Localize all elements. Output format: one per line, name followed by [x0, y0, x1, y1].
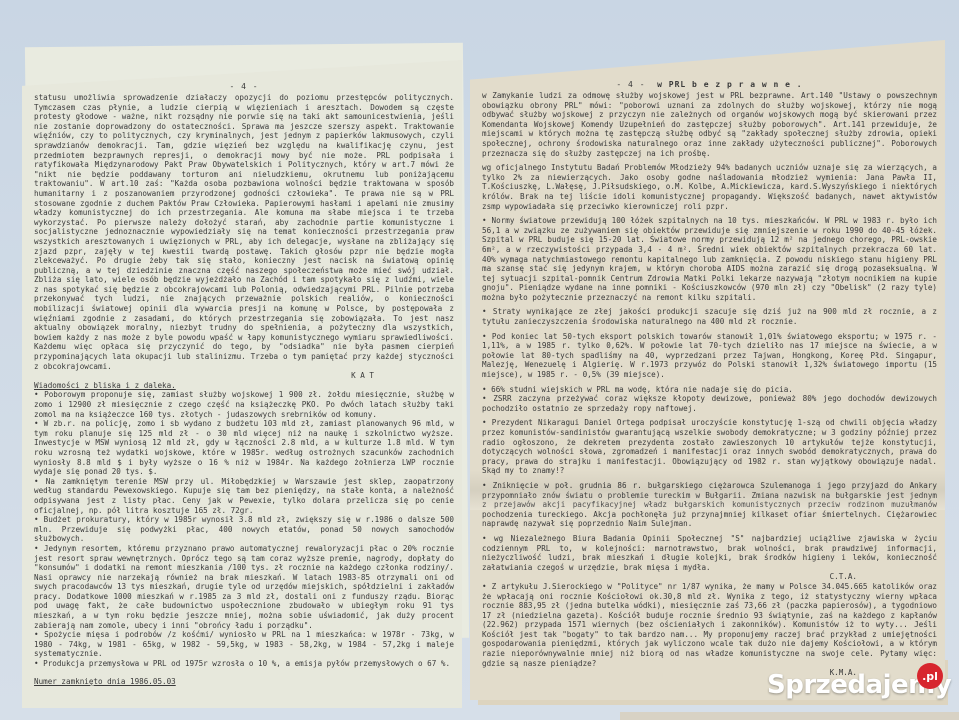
bottom-sheet-edge — [620, 712, 959, 720]
news-item: • Z artykułu J.Sierockiego w "Polityce" … — [482, 582, 937, 668]
paper-fold — [470, 470, 945, 510]
signature: K A T — [34, 371, 454, 381]
news-item: • 66% studni wiejskich w PRL ma wodę, kt… — [482, 385, 937, 395]
news-item: • Budżet prokuratury, który w 1985r wyno… — [34, 515, 454, 544]
news-item: • Jedynym resortem, któremu przyznano pr… — [34, 544, 454, 630]
news-item: • wg Niezależnego Biura Badania Opinii S… — [482, 534, 937, 572]
news-item: • Spożycie mięsa i podrobów /z kośćmi/ w… — [34, 630, 454, 659]
news-item: wg oficjalnego Instytutu Badań Problemów… — [482, 163, 937, 211]
news-item: • Pod koniec lat 50-tych eksport polskic… — [482, 332, 937, 380]
news-item: • Poborowym proponuje się, zamiast służb… — [34, 390, 454, 419]
news-item: • Prezydent Nikaragui Daniel Ortega podp… — [482, 418, 937, 476]
page-number: - 4 - — [34, 82, 454, 91]
news-item: • Straty wynikające ze złej jakości prod… — [482, 307, 937, 326]
page-number: - 4 - w PRL b e z p r a w n e . — [482, 80, 937, 89]
right-document-page: - 4 - w PRL b e z p r a w n e . w Zamyka… — [470, 40, 945, 700]
news-item: • Na zamkniętym terenie MSW przy ul. Mił… — [34, 477, 454, 515]
news-item: • Produkcja przemysłowa w PRL od 1975r w… — [34, 659, 454, 669]
watermark-badge: .pl — [917, 663, 943, 689]
headline-fragment: w PRL b e z p r a w n e . — [657, 80, 802, 89]
issue-closed-footer: Numer zamknięto dnia 1986.05.03 — [34, 677, 454, 686]
main-paragraph: statusu umożliwia sprowadzenie działaczy… — [34, 93, 454, 371]
news-item: w Zamykanie ludzi za odmowę służby wojsk… — [482, 91, 937, 158]
news-item: • W zb.r. na policję, zomo i sb wydano z… — [34, 419, 454, 477]
section-heading: Wiadomości z bliska i z daleka. — [34, 381, 454, 391]
news-item: • ZSRR zaczyna przeżywać coraz większe k… — [482, 394, 937, 413]
left-document-page: - 4 - statusu umożliwia sprowadzenie dzi… — [22, 60, 462, 708]
news-item: • Normy światowe przewidują 100 łóżek sz… — [482, 216, 937, 302]
signature: C.T.A. — [482, 572, 937, 582]
